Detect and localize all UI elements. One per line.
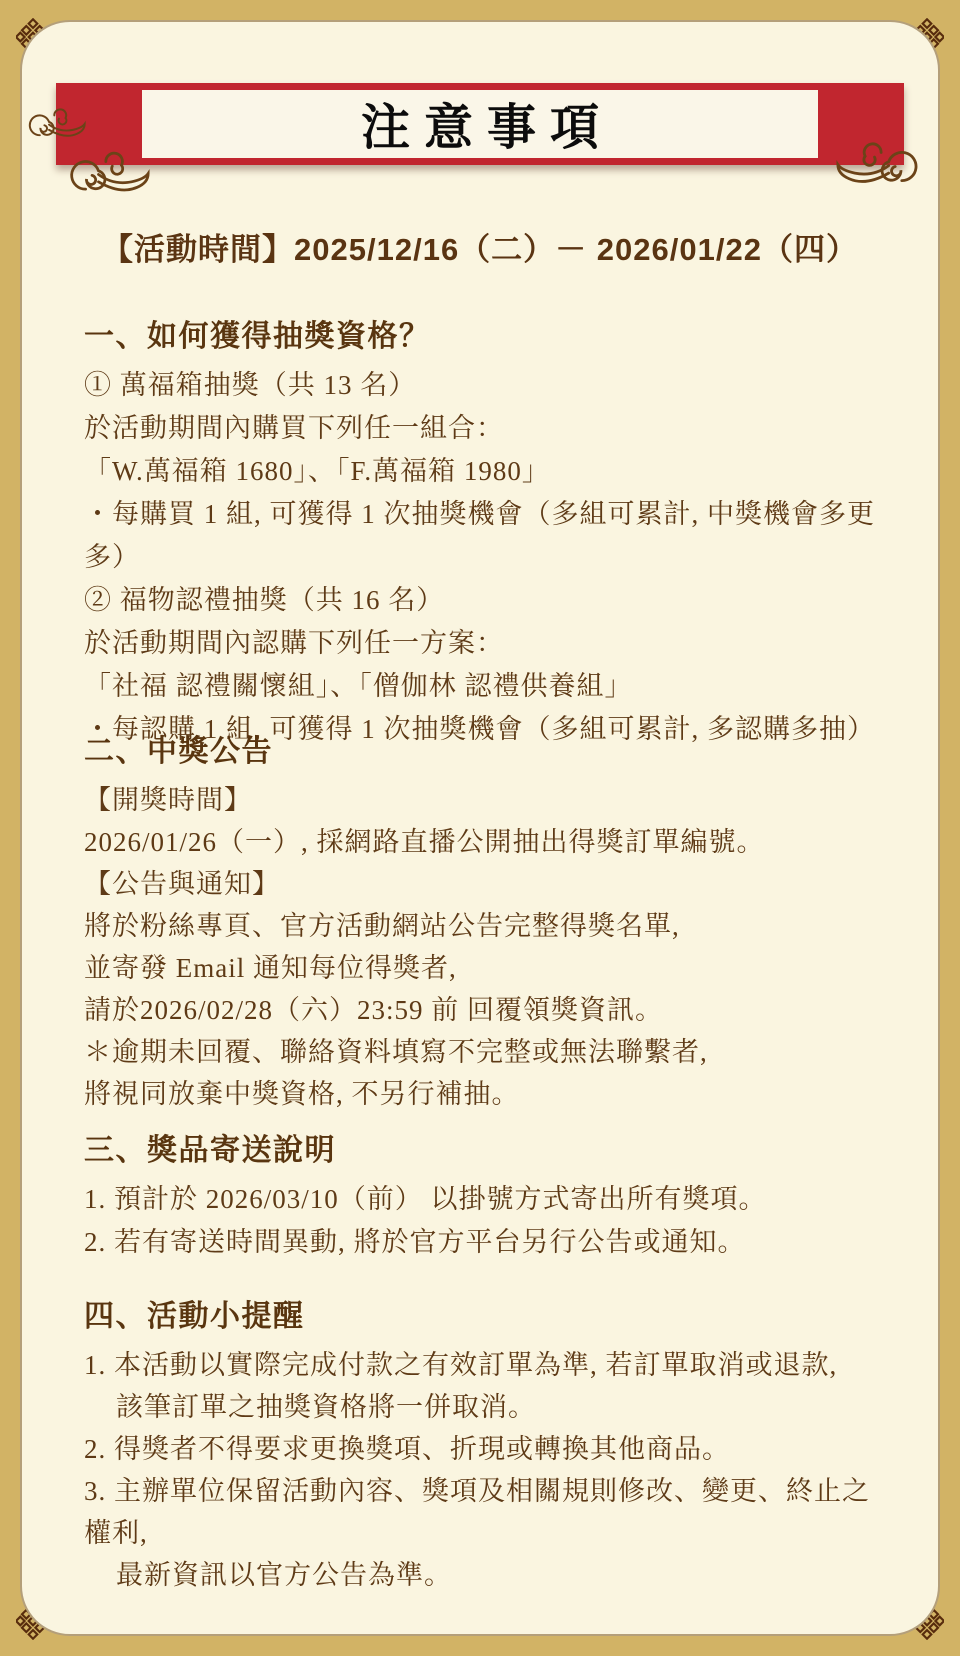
- body-line: 1. 預計於 2026/03/10（前） 以掛號方式寄出所有獎項。: [84, 1178, 894, 1221]
- section-heading: 三、獎品寄送說明: [84, 1132, 894, 1170]
- section-prize-shipping: 三、獎品寄送說明 1. 預計於 2026/03/10（前） 以掛號方式寄出所有獎…: [84, 1132, 894, 1264]
- body-line: ＊逾期未回覆、聯絡資料填寫不完整或無法聯繫者,: [84, 1031, 894, 1073]
- cloud-swirl-icon: [58, 136, 150, 200]
- section-winner-announcement: 二、中獎公告 【開獎時間】 2026/01/26（一）, 採網路直播公開抽出得獎…: [84, 733, 894, 1115]
- body-line: 【公告與通知】: [84, 863, 894, 905]
- body-line: 最新資訊以官方公告為準。: [84, 1554, 894, 1596]
- body-line: 2. 得獎者不得要求更換獎項、折現或轉換其他商品。: [84, 1428, 894, 1470]
- body-line: 2. 若有寄送時間異動, 將於官方平台另行公告或通知。: [84, 1221, 894, 1264]
- section-heading: 四、活動小提醒: [84, 1298, 894, 1336]
- body-line: 該筆訂單之抽獎資格將一併取消。: [84, 1386, 894, 1428]
- activity-time: 【活動時間】2025/12/16（二）－ 2026/01/22（四）: [0, 224, 960, 269]
- notice-poster: { "page": { "bg_gold": "#d2b365", "card_…: [0, 0, 960, 1656]
- body-line: ② 福物認禮抽獎（共 16 名）: [84, 579, 894, 622]
- body-line: ・每購買 1 組, 可獲得 1 次抽獎機會（多組可累計, 中獎機會多更多）: [84, 493, 894, 579]
- section-eligibility: 一、如何獲得抽獎資格？ ① 萬福箱抽獎（共 13 名） 於活動期間內購買下列任一…: [84, 318, 894, 751]
- body-line: 1. 本活動以實際完成付款之有效訂單為準, 若訂單取消或退款,: [84, 1344, 894, 1386]
- body-line: 「W.萬福箱 1680」、「F.萬福箱 1980」: [84, 450, 894, 493]
- body-line: 請於2026/02/28（六）23:59 前 回覆領獎資訊。: [84, 989, 894, 1031]
- body-line: ① 萬福箱抽獎（共 13 名）: [84, 364, 894, 407]
- section-reminders: 四、活動小提醒 1. 本活動以實際完成付款之有效訂單為準, 若訂單取消或退款, …: [84, 1298, 894, 1596]
- section-heading: 一、如何獲得抽獎資格？: [84, 318, 894, 356]
- body-line: 2026/01/26（一）, 採網路直播公開抽出得獎訂單編號。: [84, 821, 894, 863]
- body-line: 並寄發 Email 通知每位得獎者,: [84, 947, 894, 989]
- body-line: 3. 主辦單位保留活動內容、獎項及相關規則修改、變更、終止之權利,: [84, 1470, 894, 1554]
- body-line: 【開獎時間】: [84, 779, 894, 821]
- body-line: 將於粉絲專頁、官方活動網站公告完整得獎名單,: [84, 905, 894, 947]
- body-line: 將視同放棄中獎資格, 不另行補抽。: [84, 1073, 894, 1115]
- body-line: 「社福 認禮關懷組」、「僧伽林 認禮供養組」: [84, 665, 894, 708]
- body-line: 於活動期間內購買下列任一組合：: [84, 407, 894, 450]
- cloud-swirl-icon: [836, 126, 930, 192]
- title-banner: 注意事項: [56, 83, 904, 165]
- section-heading: 二、中獎公告: [84, 733, 894, 771]
- body-line: 於活動期間內認購下列任一方案：: [84, 622, 894, 665]
- title-banner-inner: 注意事項: [142, 90, 818, 158]
- page-title: 注意事項: [347, 89, 613, 159]
